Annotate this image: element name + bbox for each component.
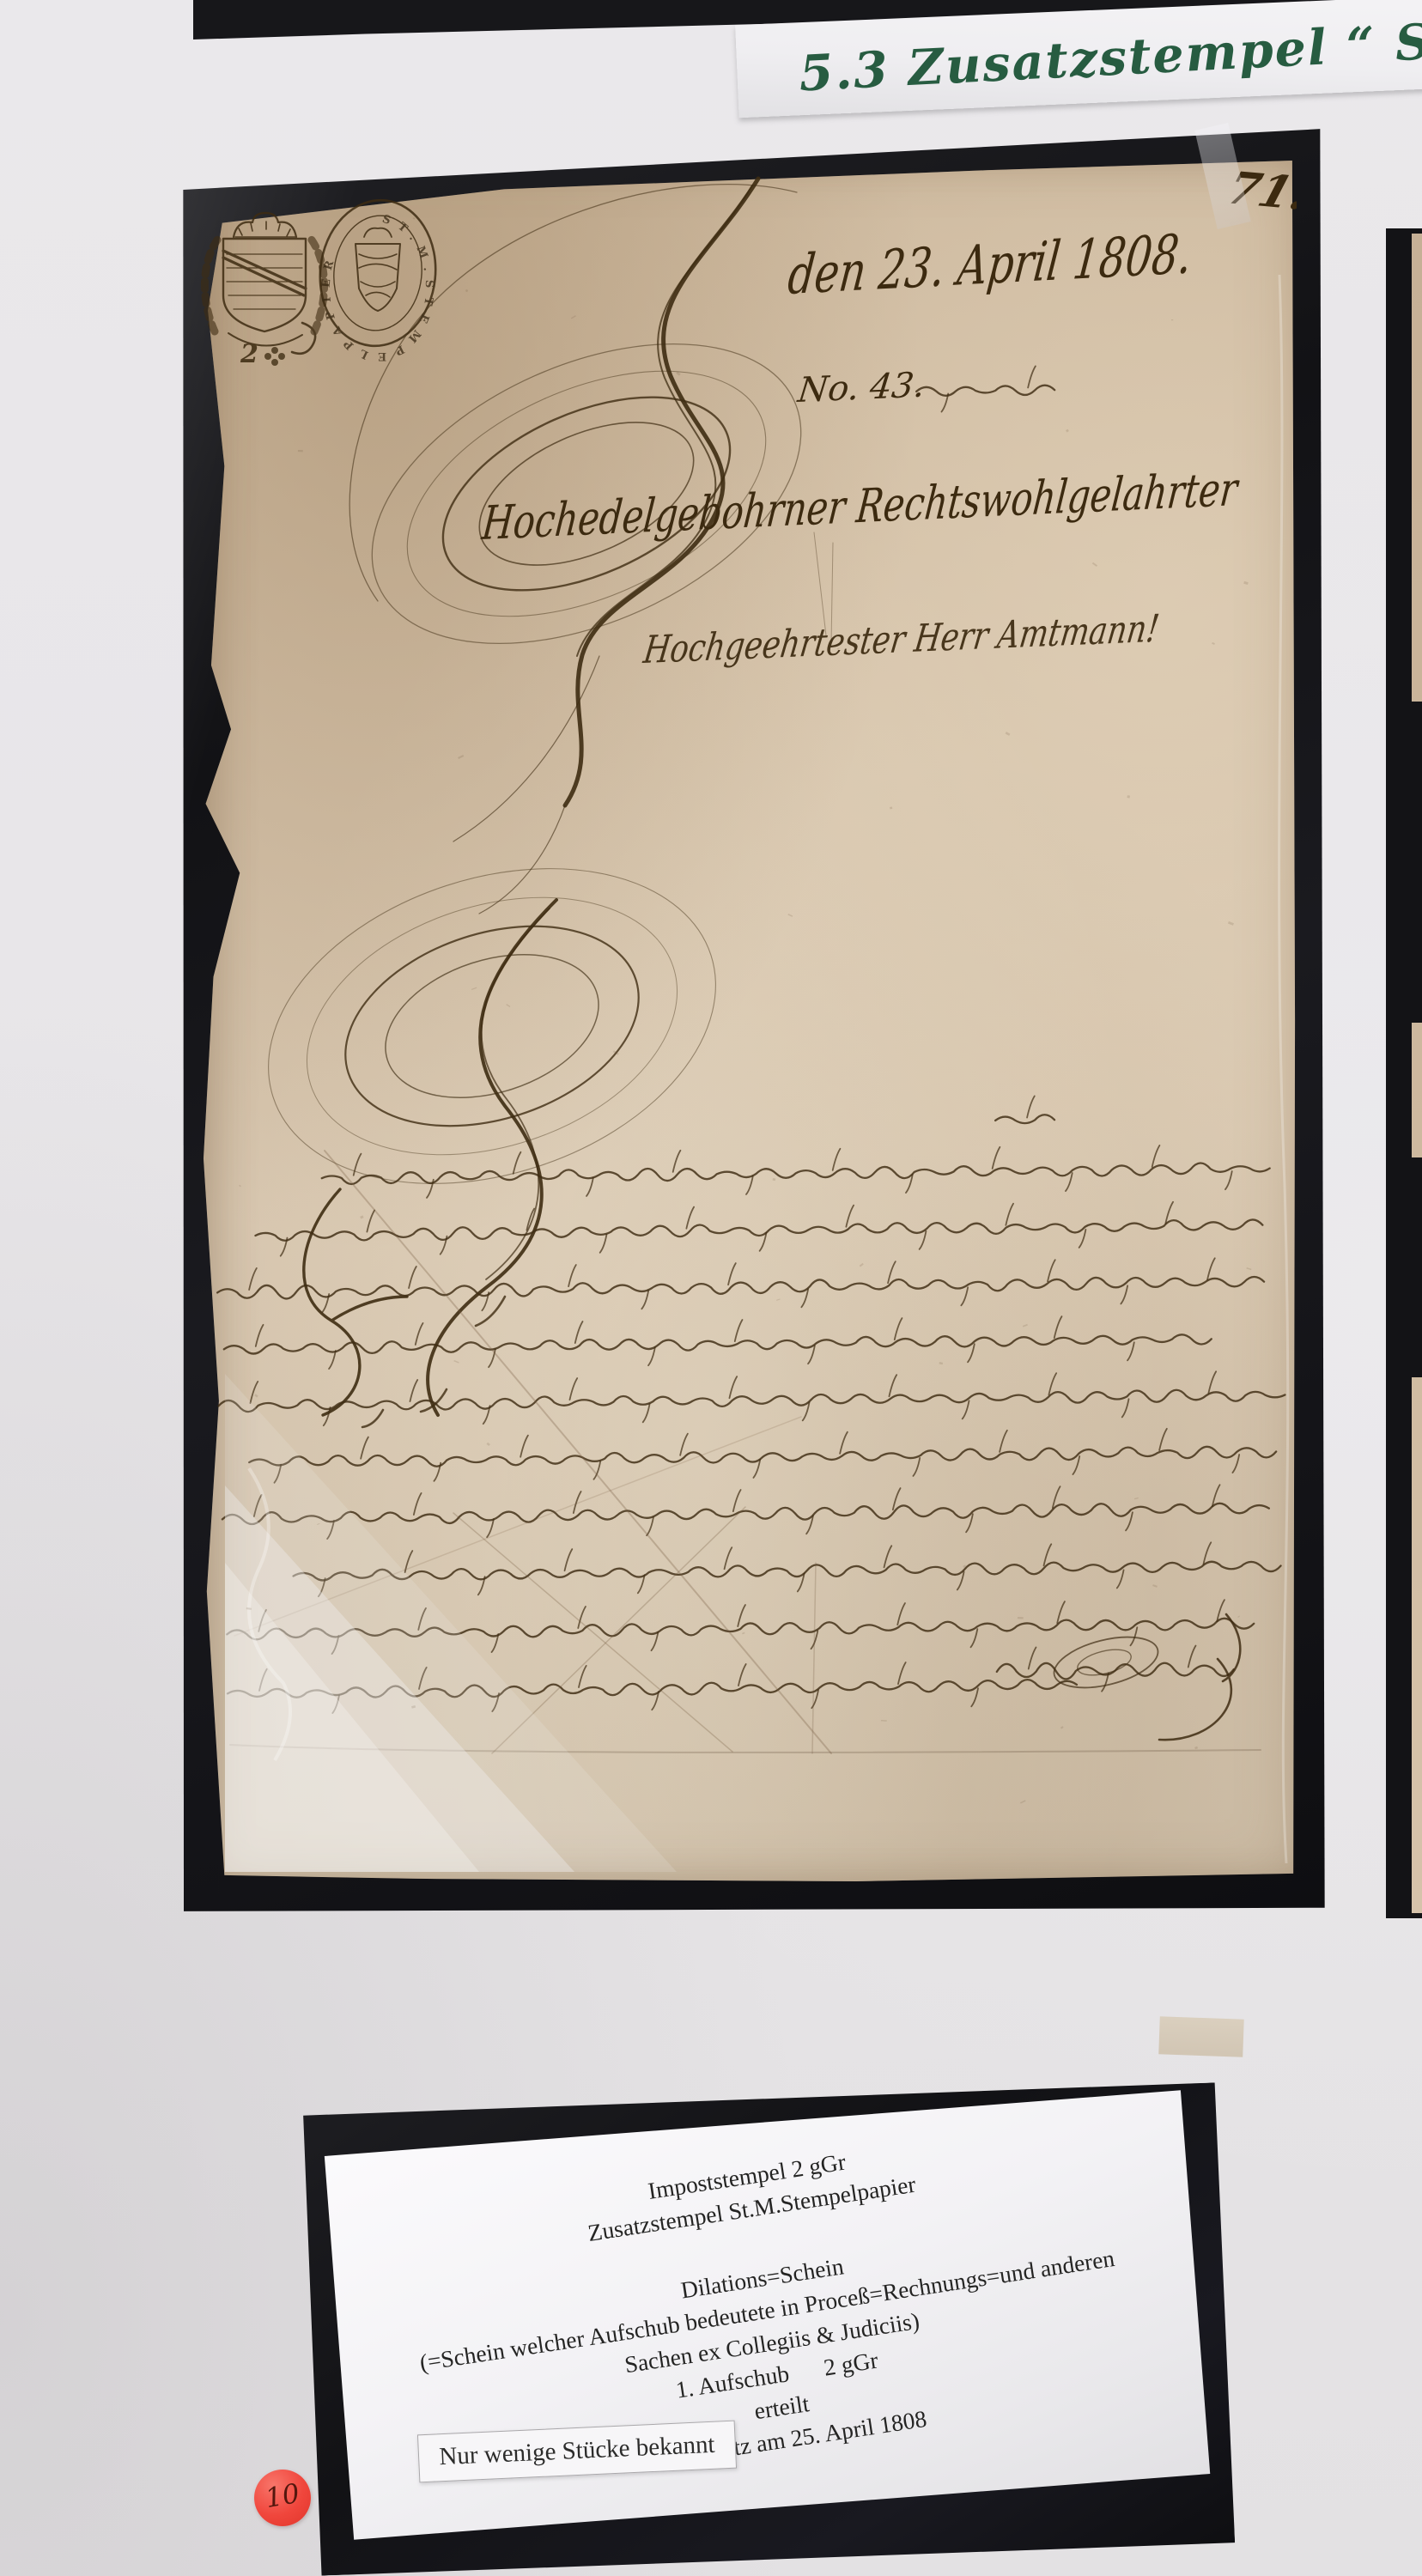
paper-speckle (453, 1360, 459, 1364)
paper-speckle (1060, 1726, 1064, 1728)
dateline: den 23. April 1808. (785, 222, 1194, 307)
paper-speckle (1127, 795, 1130, 799)
paper-speckle (1006, 732, 1011, 736)
item-number-sticker: 10 (254, 2470, 311, 2526)
svg-text:ST.M.STEMPELPAPIER: ST.M.STEMPELPAPIER (320, 213, 435, 362)
paper-speckle (1194, 1747, 1198, 1750)
handwriting-line (294, 1560, 1281, 1583)
handwriting-stroke (724, 1547, 732, 1569)
handwriting-stroke (1102, 1674, 1109, 1692)
paper-speckle (1020, 1800, 1026, 1803)
paper-speckle (506, 1004, 510, 1007)
handwriting-stroke (992, 1147, 1000, 1169)
handwriting-stroke (599, 1235, 606, 1253)
handwriting-stroke (1029, 1647, 1036, 1668)
handwriting-line (222, 1502, 1269, 1526)
caption-mount: Impoststempel 2 gGr Zusatzstempel St.M.S… (300, 2082, 1236, 2576)
handwriting-stroke (735, 1320, 743, 1341)
handwriting-stroke (367, 1211, 374, 1232)
handwriting-stroke (414, 1493, 422, 1515)
handwriting-stroke (846, 1206, 854, 1227)
handwriting-stroke (971, 1688, 978, 1706)
handwriting-stroke (963, 1400, 969, 1419)
paper-speckle (239, 1185, 241, 1187)
handwriting-stroke (487, 1519, 494, 1537)
paper-speckle (1228, 921, 1234, 926)
handwriting-stroke (643, 1404, 650, 1422)
handwriting-stroke (889, 1375, 896, 1396)
paper-speckle (1171, 319, 1173, 320)
paper-speckle (742, 1632, 744, 1635)
handwriting-stroke (329, 1351, 336, 1369)
handwriting-stroke (1028, 366, 1036, 387)
handwriting-stroke (568, 1265, 576, 1286)
salutation-line2: Hochgeehrtester Herr Amtmann! (641, 607, 1162, 672)
section-title: 5.3 Zusatzstempel “ ST. M. S (798, 3, 1422, 102)
handwriting-stroke (1130, 1627, 1137, 1645)
handwriting-stroke (729, 1376, 737, 1398)
handwriting-stroke (733, 1490, 741, 1511)
handwriting-stroke (513, 1152, 520, 1174)
adjacent-exhibit-mount (1386, 228, 1422, 1918)
handwriting-stroke (256, 1325, 264, 1346)
handwriting-stroke (1048, 1260, 1055, 1281)
handwriting-stroke (832, 1149, 840, 1170)
handwriting-stroke (569, 1378, 577, 1400)
oval-stamp-ring-text: ST.M.STEMPELPAPIER (320, 213, 435, 362)
handwriting-line (995, 1115, 1054, 1123)
handwriting-stroke (1152, 1145, 1159, 1167)
handwriting-stroke (416, 1323, 423, 1345)
handwriting-stroke (361, 1437, 368, 1459)
handwriting-line (255, 1219, 1262, 1242)
paper-speckle (486, 1443, 490, 1446)
closing-flourish (1049, 1614, 1241, 1740)
handwriting-stroke (579, 1666, 586, 1687)
handwriting-stroke (728, 1263, 736, 1285)
paper-speckle (298, 450, 303, 452)
handwriting-stroke (641, 1291, 648, 1309)
paper-speckle (1246, 1267, 1251, 1270)
impost-stamp-value: 2 (240, 339, 258, 369)
paper-speckle (471, 987, 477, 990)
paper-speckle (465, 289, 468, 292)
paper-speckle (860, 1263, 864, 1267)
paper-speckle (1018, 1617, 1024, 1619)
handwriting-stroke (410, 1380, 417, 1401)
paper-speckle (837, 648, 839, 650)
handwriting-stroke (647, 1517, 653, 1535)
handwriting-stroke (970, 1629, 977, 1647)
paper-speckle (1212, 642, 1215, 645)
impost-stamp: 2 (204, 213, 324, 369)
handwriting-stroke (1127, 1342, 1134, 1360)
paper-speckle (1243, 581, 1248, 585)
handwriting-stroke (1121, 1285, 1127, 1303)
handwriting-stroke (1203, 1542, 1211, 1564)
handwriting-line (218, 1388, 1285, 1412)
handwriting-stroke (1188, 1646, 1196, 1668)
paper-speckle (1023, 1324, 1028, 1327)
paper-speckle (254, 1394, 258, 1397)
flourish-top (326, 179, 847, 914)
handwriting-stroke (1225, 1171, 1232, 1189)
handwriting-stroke (1121, 1399, 1128, 1417)
paper-speckle (413, 217, 416, 220)
item-number: 10 (252, 2476, 313, 2517)
handwriting-stroke (919, 1231, 926, 1249)
paper-speckle (881, 1720, 887, 1722)
handwriting-stroke (651, 1632, 658, 1650)
paper-speckle (1066, 429, 1069, 433)
handwriting-stroke (250, 1382, 258, 1403)
document-ink-layer: 2 ST.M.STEMPELPAPIER den 23. April 1808.… (196, 155, 1297, 1886)
paper-speckle (939, 1362, 944, 1364)
handwriting-stroke (840, 1432, 848, 1454)
handwriting-stroke (738, 1605, 745, 1626)
handwriting-stroke (1159, 1429, 1167, 1450)
handwriting-stroke (686, 1207, 694, 1229)
paper-speckle (773, 1178, 776, 1181)
handwriting-stroke (913, 1458, 920, 1476)
handwriting-stroke (1027, 1096, 1035, 1117)
handwriting-stroke (409, 1267, 416, 1288)
handwriting-line (224, 1333, 1212, 1355)
paper-speckle (1134, 1498, 1139, 1499)
handwriting-stroke (897, 1603, 905, 1625)
salutation-line1: Hochedelgebohrner Rechtswohlgelahrter (479, 462, 1242, 550)
paper-speckle (1092, 562, 1097, 567)
handwriting-stroke (1054, 1316, 1061, 1338)
handwriting-stroke (1232, 1455, 1239, 1473)
paper-speckle (571, 315, 576, 319)
paper-speckle (787, 914, 793, 917)
handwriting-stroke (1000, 1431, 1007, 1452)
handwriting-stroke (1117, 1570, 1124, 1588)
handwriting-line (217, 1275, 1264, 1300)
handwriting-stroke (894, 1318, 902, 1340)
note-label-text: Nur wenige Stücke bekannt (439, 2431, 715, 2471)
handwriting-stroke (680, 1434, 688, 1455)
handwriting-stroke (564, 1549, 572, 1571)
docket: No. 43. (795, 366, 927, 410)
handwriting-stroke (520, 1436, 528, 1457)
adjacent-exhibit-paper (1412, 234, 1422, 1913)
handwriting-stroke (738, 1664, 746, 1686)
handwriting-stroke (249, 1268, 257, 1290)
paper-speckle (360, 1215, 363, 1218)
handwriting-stroke (961, 1287, 968, 1305)
handwriting-line (249, 1446, 1276, 1468)
paper-speckle (458, 755, 464, 759)
impost-stamp-flower (264, 347, 285, 366)
handwriting-stroke (1207, 1258, 1215, 1279)
paper-speckle (890, 807, 892, 810)
flourish-initial (304, 1189, 407, 1415)
handwriting-stroke (746, 1176, 753, 1194)
handwriting-stroke (586, 1178, 593, 1196)
oval-stamp: ST.M.STEMPELPAPIER (313, 194, 442, 362)
handwriting-stroke (575, 1321, 583, 1343)
handwriting-stroke (672, 1151, 680, 1172)
handwriting-line (916, 386, 1054, 397)
handwriting-stroke (898, 1662, 906, 1684)
handwriting-stroke (884, 1546, 891, 1567)
handwriting-stroke (1208, 1371, 1216, 1393)
handwriting-stroke (1006, 1204, 1013, 1225)
paper-speckle (1152, 1584, 1158, 1588)
paper-speckle (776, 1298, 781, 1301)
handwriting-line (322, 1162, 1270, 1184)
paper-speckle (1237, 1616, 1240, 1618)
exhibit-page-photo: 5.3 Zusatzstempel “ ST. M. S (0, 0, 1422, 2576)
body-handwriting (208, 363, 1288, 1714)
tape-piece (1158, 2016, 1243, 2057)
handwriting-stroke (648, 1347, 655, 1365)
